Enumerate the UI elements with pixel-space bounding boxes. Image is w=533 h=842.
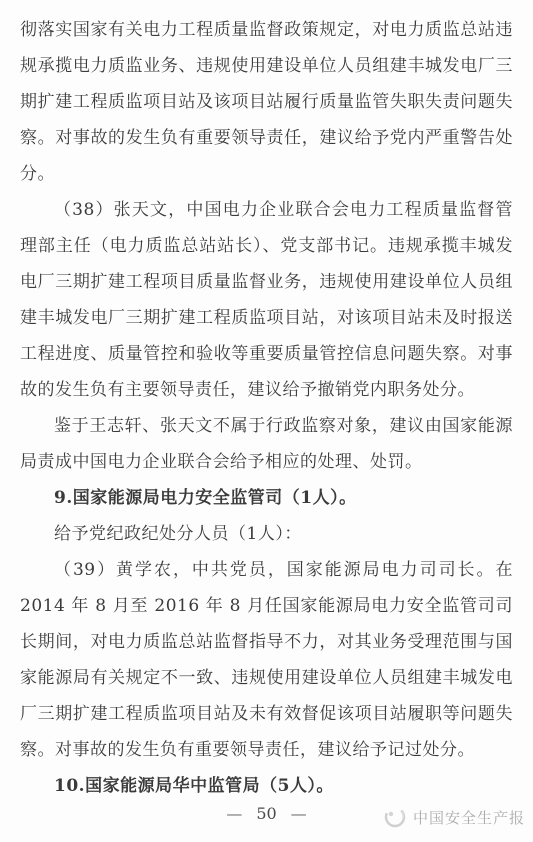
paragraph-continuation: 彻落实国家有关电力工程质量监督政策规定，对电力质监总站违规承揽电力质监业务、违规…	[20, 12, 513, 192]
section-heading-10: 10.国家能源局华中监管局（5人）。	[20, 768, 513, 804]
page-footer: —50— 中国安全生产报	[0, 804, 533, 832]
watermark-label: 中国安全生产报	[413, 807, 525, 828]
paragraph-item-39: （39）黄学农，中共党员，国家能源局电力司司长。在 2014 年 8 月至 20…	[20, 552, 513, 768]
paragraph-item-38: （38）张天文，中国电力企业联合会电力工程质量监督管理部主任（电力质监总站站长）…	[20, 192, 513, 408]
watermark-logo-icon	[382, 804, 408, 830]
page-number-dash-left: —	[226, 804, 242, 823]
section-heading-9: 9.国家能源局电力安全监管司（1人）。	[20, 480, 513, 516]
page-number-value: 50	[256, 804, 276, 823]
document-content: 彻落实国家有关电力工程质量监督政策规定，对电力质监总站违规承揽电力质监业务、违规…	[0, 0, 533, 804]
paragraph-note: 鉴于王志轩、张天文不属于行政监察对象，建议由国家能源局责成中国电力企业联合会给予…	[20, 408, 513, 480]
watermark: 中国安全生产报	[382, 804, 525, 830]
paragraph-subheading: 给予党纪政纪处分人员（1人）：	[20, 516, 513, 552]
page-number-dash-right: —	[291, 804, 307, 823]
document-page: 彻落实国家有关电力工程质量监督政策规定，对电力质监总站违规承揽电力质监业务、违规…	[0, 0, 533, 842]
